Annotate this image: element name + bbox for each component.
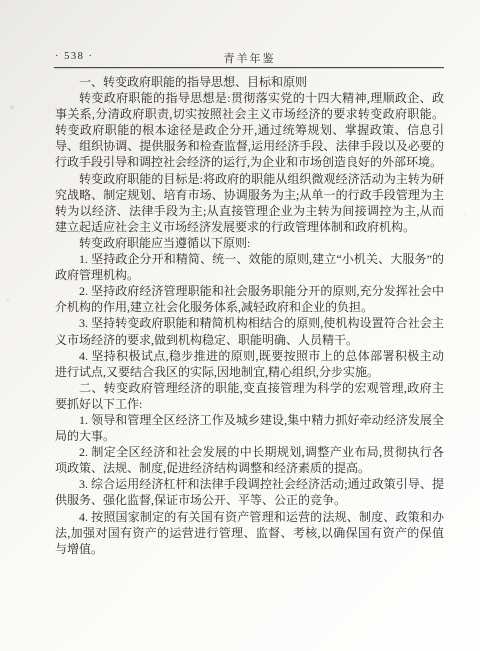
scan-artifact	[6, 298, 9, 301]
list-item-1-4: 4. 坚持积极试点,稳步推进的原则,既要按照市上的总体部署积极主动进行试点,又要…	[55, 348, 444, 380]
header-divider	[54, 67, 444, 68]
list-item-2-1: 1. 领导和管理全区经济工作及城乡建设,集中精力抓好牵动经济发展全局的大事。	[55, 412, 444, 444]
scanned-page: · 538 · 青羊年鉴 一、转变政府职能的指导思想、目标和原则 转变政府职能的…	[0, 0, 480, 651]
list-item-1-2: 2. 坚持政府经济管理职能和社会服务职能分开的原则,充分发挥社会中介机构的作用,…	[55, 283, 444, 315]
list-item-2-3: 3. 综合运用经济杠杆和法律手段调控社会经济活动;通过政策引导、提供服务、强化监…	[55, 476, 444, 508]
paragraph: 转变政府职能的指导思想是:贯彻落实党的十四大精神,理顺政企、政事关系,分清政府职…	[55, 90, 444, 170]
paragraph: 转变政府职能应当遵循以下原则:	[55, 235, 444, 251]
list-item-1-1: 1. 坚持政企分开和精简、统一、效能的原则,建立“小机关、大服务”的政府管理机构…	[55, 251, 444, 283]
list-item-2-2: 2. 制定全区经济和社会发展的中长期规划,调整产业布局,贯彻执行各项政策、法规、…	[55, 444, 444, 476]
book-title: 青羊年鉴	[55, 50, 444, 66]
scan-artifact	[463, 214, 466, 216]
running-header: · 538 · 青羊年鉴	[55, 50, 444, 64]
section-1-heading: 一、转变政府职能的指导思想、目标和原则	[55, 74, 444, 90]
section-2-heading: 二、转变政府管理经济的职能,变直接管理为科学的宏观管理,政府主要抓好以下工作:	[55, 380, 444, 412]
list-item-2-4: 4. 按照国家制定的有关国有资产管理和运营的法规、制度、政策和办法,加强对国有资…	[55, 509, 444, 557]
list-item-1-3: 3. 坚持转变政府职能和精简机构相结合的原则,使机构设置符合社会主义市场经济的要…	[55, 315, 444, 347]
scan-artifact	[10, 106, 14, 109]
paragraph: 转变政府职能的目标是:将政府的职能从组织微观经济活动为主转为研究战略、制定规划、…	[55, 171, 444, 235]
page-content: 一、转变政府职能的指导思想、目标和原则 转变政府职能的指导思想是:贯彻落实党的十…	[55, 74, 444, 557]
